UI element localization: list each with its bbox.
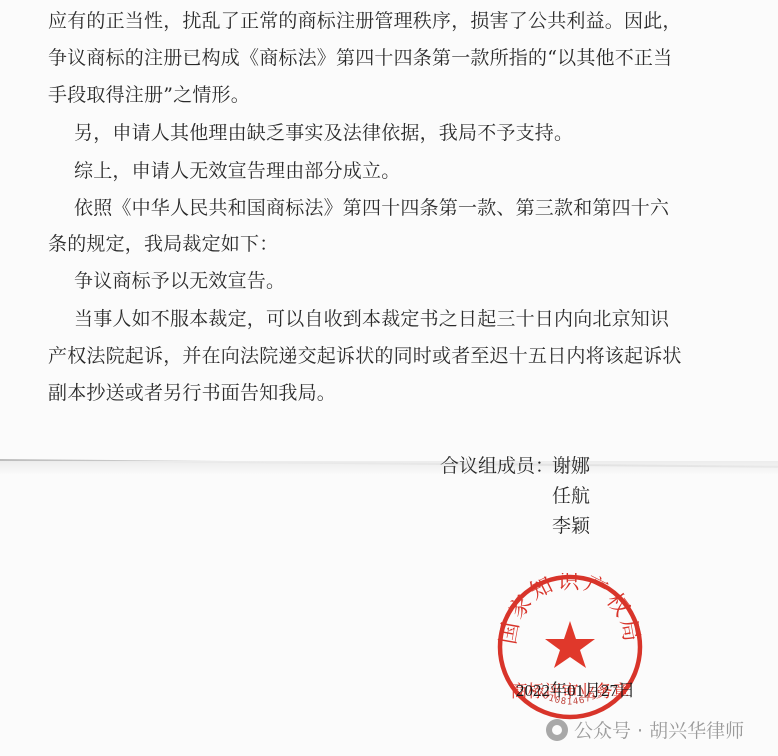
- ruling-line: 争议商标予以无效宣告。: [74, 270, 285, 292]
- paragraph-line: 条的规定，我局裁定如下：: [48, 233, 278, 255]
- watermark-name: 胡兴华律师: [649, 716, 744, 743]
- panel-member: 李颖: [552, 515, 590, 537]
- panel-member: 任航: [552, 485, 590, 507]
- paragraph-line: 手段取得注册”之情形。: [48, 84, 250, 106]
- document-page: 应有的正当性，扰乱了正常的商标注册管理秩序，损害了公共利益。因此， 争议商标的注…: [0, 0, 778, 756]
- paragraph-line: 当事人如不服本裁定，可以自收到本裁定书之日起三十日内向北京知识: [74, 308, 669, 330]
- panel-member: 谢娜: [552, 455, 590, 477]
- paragraph-line: 综上，申请人无效宣告理由部分成立。: [74, 160, 400, 182]
- decision-date: 2022年01月27日: [516, 676, 635, 701]
- paragraph-line: 产权法院起诉，并在向法院递交起诉状的同时或者至迟十五日内将该起诉状: [48, 345, 682, 367]
- watermark: 公众号 · 胡兴华律师: [546, 716, 744, 743]
- panel-label: 合议组成员：: [440, 455, 554, 477]
- paper-fold-shadow: [0, 461, 778, 475]
- paragraph-line: 另，申请人其他理由缺乏事实及法律依据，我局不予支持。: [74, 122, 573, 144]
- wechat-official-account-icon: [546, 719, 568, 741]
- watermark-prefix: 公众号 ·: [574, 716, 643, 743]
- paragraph-line: 副本抄送或者另行书面告知我局。: [48, 382, 336, 404]
- paragraph-line: 应有的正当性，扰乱了正常的商标注册管理秩序，损害了公共利益。因此，: [48, 10, 682, 32]
- paragraph-line: 依照《中华人民共和国商标法》第四十四条第一款、第三款和第四十六: [74, 197, 669, 219]
- paragraph-line: 争议商标的注册已构成《商标法》第四十四条第一款所指的“以其他不正当: [48, 47, 672, 69]
